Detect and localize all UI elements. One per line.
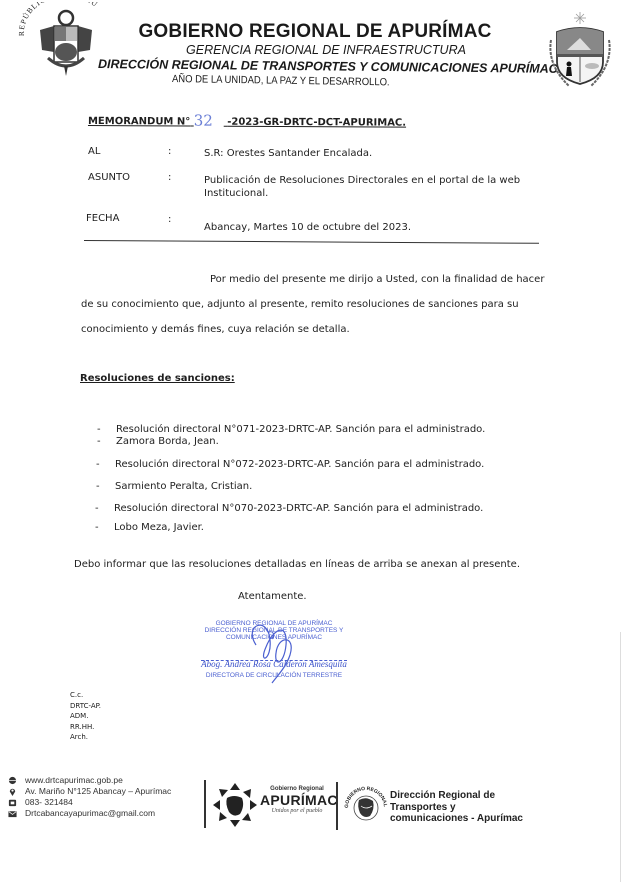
field-value-fecha: Abancay, Martes 10 de octubre del 2023. xyxy=(204,221,544,234)
header-title: GOBIERNO REGIONAL DE APURÍMAC xyxy=(0,21,622,43)
field-value-asunto: Publicación de Resoluciones Directorales… xyxy=(204,174,534,200)
mail-icon xyxy=(8,809,17,818)
field-label-al: AL xyxy=(88,146,100,157)
field-label-asunto: ASUNTO xyxy=(88,172,130,183)
header-subtitle-gerencia: GERENCIA REGIONAL DE INFRAESTRUCTURA xyxy=(0,43,622,57)
header-divider xyxy=(84,240,539,244)
field-label-fecha: FECHA xyxy=(86,213,119,224)
gobierno-regional-apurimac-logo: Gobierno Regional APURÍMAC Unidos por el… xyxy=(260,786,334,814)
footer-divider xyxy=(204,780,206,828)
body-paragraph-line-3: conocimiento y demás fines, cuya relació… xyxy=(81,324,350,335)
memo-prefix: MEMORANDUM N° xyxy=(88,116,190,128)
apurimac-coat-of-arms-emblem xyxy=(545,10,615,90)
footer-divider xyxy=(336,782,338,830)
memo-suffix: -2023-GR-DRTC-DCT-APURIMAC. xyxy=(227,117,406,129)
drtc-regional-seal-logo: GOBIERNO REGIONAL APURÍMAC xyxy=(342,782,390,830)
field-colon: : xyxy=(168,146,171,157)
field-colon: : xyxy=(168,172,171,183)
location-pin-icon xyxy=(8,787,17,796)
footer-email[interactable]: Drtcabancayapurimac@gmail.com xyxy=(8,808,171,819)
footer-address: Av. Mariño N°125 Abancay – Apurímac xyxy=(8,786,171,797)
scan-page-edge xyxy=(620,632,621,882)
gobierno-regional-sunburst-logo xyxy=(212,782,258,828)
header-motto: AÑO DE LA UNIDAD, LA PAZ Y EL DESARROLLO… xyxy=(172,73,390,88)
body-paragraph-line-2: de su conocimiento que, adjunto al prese… xyxy=(81,299,519,310)
memo-number-heading: MEMORANDUM N° 32 -2023-GR-DRTC-DCT-APURI… xyxy=(88,110,406,130)
footer-website[interactable]: www.drtcapurimac.gob.pe xyxy=(8,775,171,786)
cc-list: C.c. DRTC-AP. ADM. RR.HH. Arch. xyxy=(70,690,101,743)
closing-note: Debo informar que las resoluciones detal… xyxy=(74,559,520,570)
header-subtitle-direccion: DIRECCIÓN REGIONAL DE TRANSPORTES Y COMU… xyxy=(98,57,558,76)
salutation: Atentamente. xyxy=(238,591,307,602)
footer-contact-info: www.drtcapurimac.gob.pe Av. Mariño N°125… xyxy=(8,775,171,819)
drtc-name-text: Dirección Regional de Transportes y comu… xyxy=(390,790,523,825)
section-title-resoluciones: Resoluciones de sanciones: xyxy=(80,373,235,384)
footer-phone: 083- 321484 xyxy=(8,797,171,808)
handwritten-signature xyxy=(238,605,308,685)
globe-icon xyxy=(8,776,17,785)
field-colon: : xyxy=(168,214,171,225)
phone-icon xyxy=(8,798,17,807)
body-paragraph-line-1: Por medio del presente me dirijo a Usted… xyxy=(210,274,544,285)
memo-handwritten-number: 32 xyxy=(194,112,224,130)
field-value-al: S.R: Orestes Santander Encalada. xyxy=(204,147,544,160)
